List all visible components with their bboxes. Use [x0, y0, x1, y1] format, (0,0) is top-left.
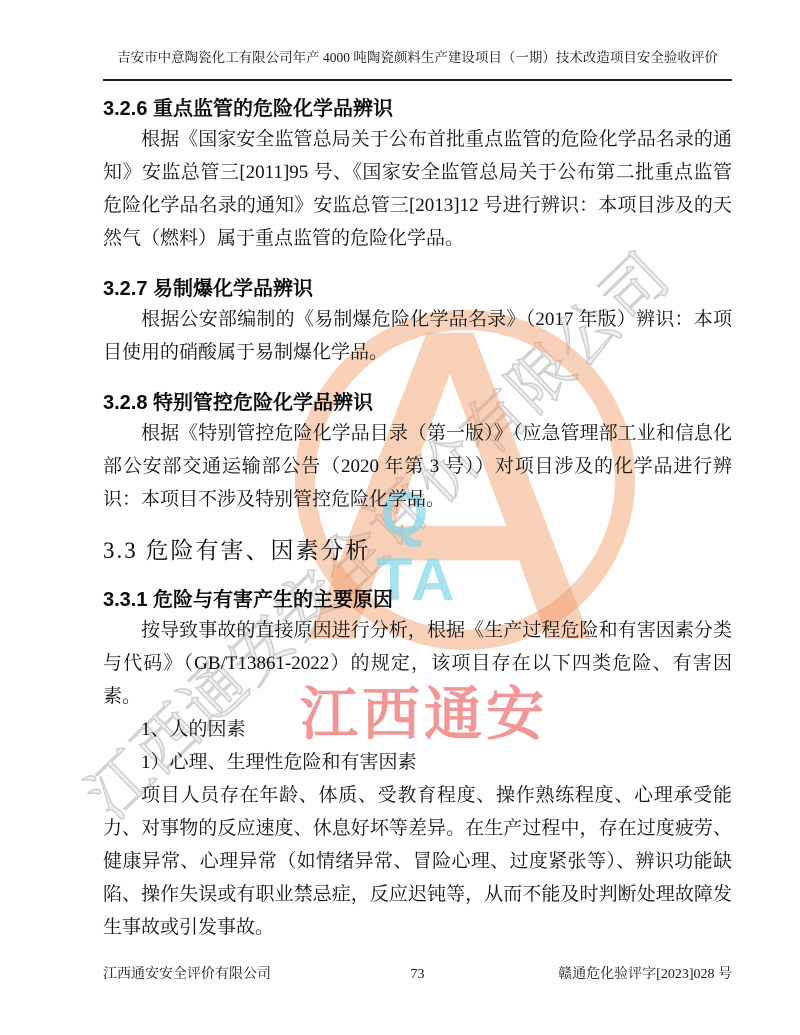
paragraph-3-2-8: 根据《特别管控危险化学品目录（第一版）》（应急管理部工业和信息化部公安部交通运输…	[103, 417, 732, 516]
page-footer: 江西通安安全评价有限公司 73 赣通危化验评字[2023]028 号	[103, 966, 732, 984]
footer-document-number: 赣通危化验评字[2023]028 号	[425, 966, 733, 984]
paragraph-3-2-7: 根据公安部编制的《易制爆危险化学品名录》（2017 年版）辨识：本项目使用的硝酸…	[103, 303, 732, 369]
footer-company-name: 江西通安安全评价有限公司	[103, 966, 411, 984]
heading-3-2-6: 3.2.6 重点监管的危险化学品辨识	[103, 95, 732, 123]
footer-page-number: 73	[411, 966, 425, 984]
list-item-psych-physio: 1）心理、生理性危险和有害因素	[103, 746, 732, 779]
heading-3-3: 3.3 危险有害、因素分析	[103, 536, 732, 566]
document-content: 吉安市中意陶瓷化工有限公司年产 4000 吨陶瓷颜料生产建设项目（一期）技术改造…	[0, 0, 800, 944]
heading-3-3-1: 3.3.1 危险与有害产生的主要原因	[103, 586, 732, 614]
paragraph-3-2-6: 根据《国家安全监管总局关于公布首批重点监管的危险化学品名录的通知》安监总管三[2…	[103, 123, 732, 255]
paragraph-3-3-1-detail: 项目人员存在年龄、体质、受教育程度、操作熟练程度、心理承受能力、对事物的反应速度…	[103, 779, 732, 944]
heading-3-2-7: 3.2.7 易制爆化学品辨识	[103, 275, 732, 303]
list-item-human-factor: 1、人的因素	[103, 713, 732, 746]
paragraph-3-3-1-intro: 按导致事故的直接原因进行分析，根据《生产过程危险和有害因素分类与代码》（GB/T…	[103, 614, 732, 713]
heading-3-2-8: 3.2.8 特别管控危险化学品辨识	[103, 389, 732, 417]
page-header-title: 吉安市中意陶瓷化工有限公司年产 4000 吨陶瓷颜料生产建设项目（一期）技术改造…	[103, 0, 732, 66]
document-page: 江西通安安全评价有限公司 A Q TA 江西通安 吉安市中意陶瓷化工有限公司年产…	[0, 0, 800, 1035]
header-divider	[103, 79, 732, 81]
